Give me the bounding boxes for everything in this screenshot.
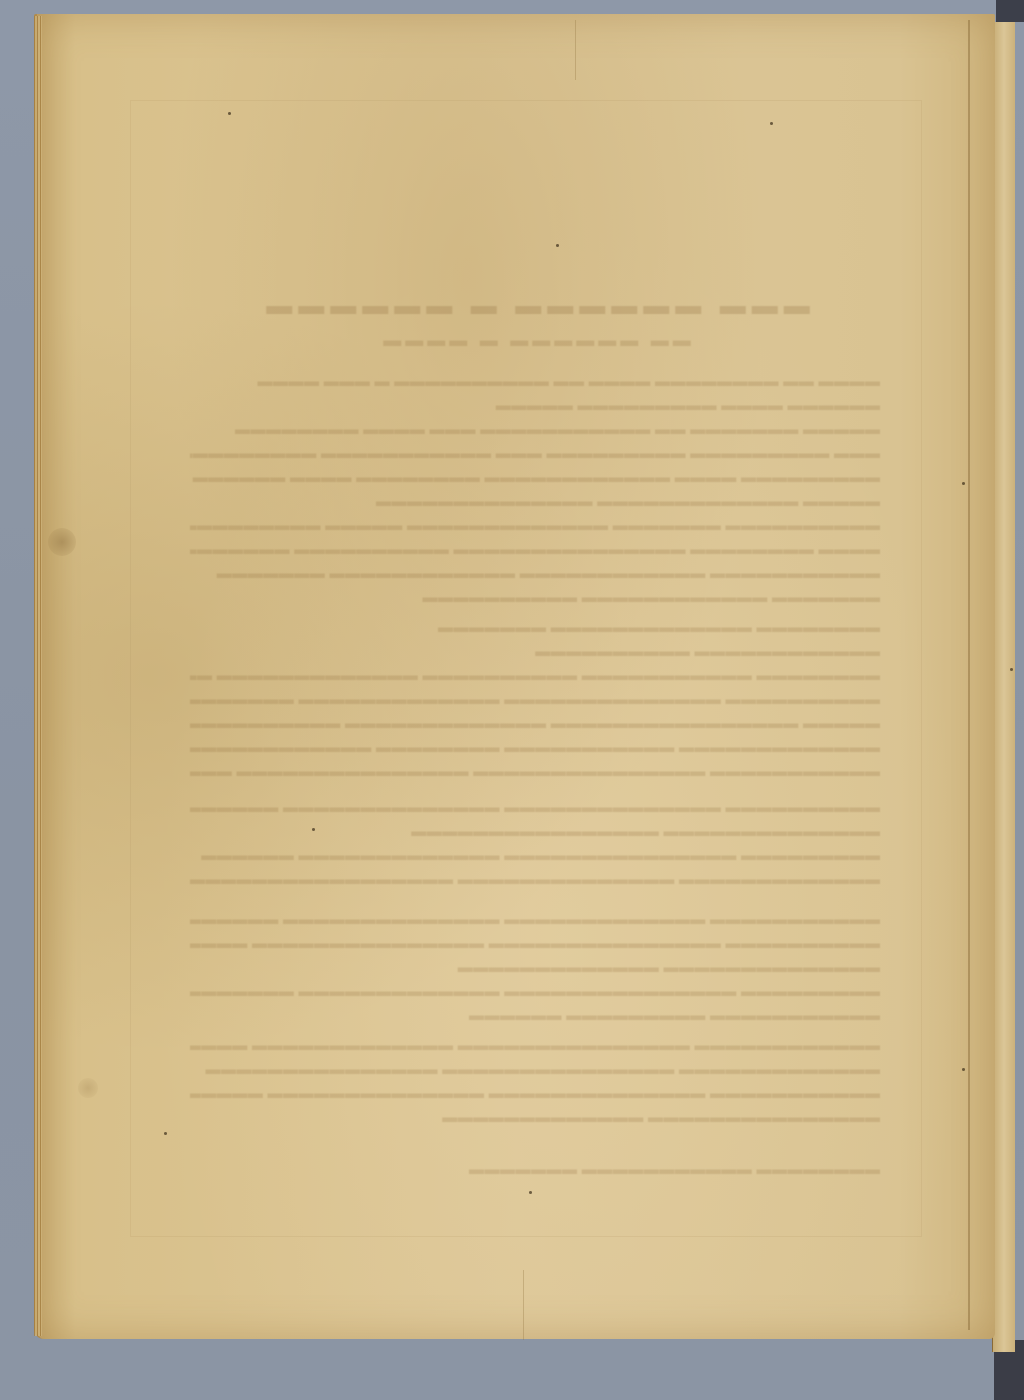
- paper-crease: [523, 1270, 524, 1340]
- paper-speck: [164, 1132, 167, 1135]
- paper-speck: [529, 1191, 532, 1194]
- paper-speck: [312, 828, 315, 831]
- paper-speck: [962, 482, 965, 485]
- foxing-spot: [78, 1078, 98, 1098]
- paper-speck: [556, 244, 559, 247]
- paper-crease: [575, 20, 576, 80]
- foxing-spot: [48, 528, 76, 556]
- facing-page-edge: [992, 22, 1015, 1352]
- book-cover-corner: [996, 0, 1024, 22]
- paper-speck: [228, 112, 231, 115]
- paper-speck: [1010, 668, 1013, 671]
- page-fore-edge: [34, 16, 42, 1336]
- paper-speck: [770, 122, 773, 125]
- gutter-line: [968, 20, 970, 1330]
- paper-speck: [962, 1068, 965, 1071]
